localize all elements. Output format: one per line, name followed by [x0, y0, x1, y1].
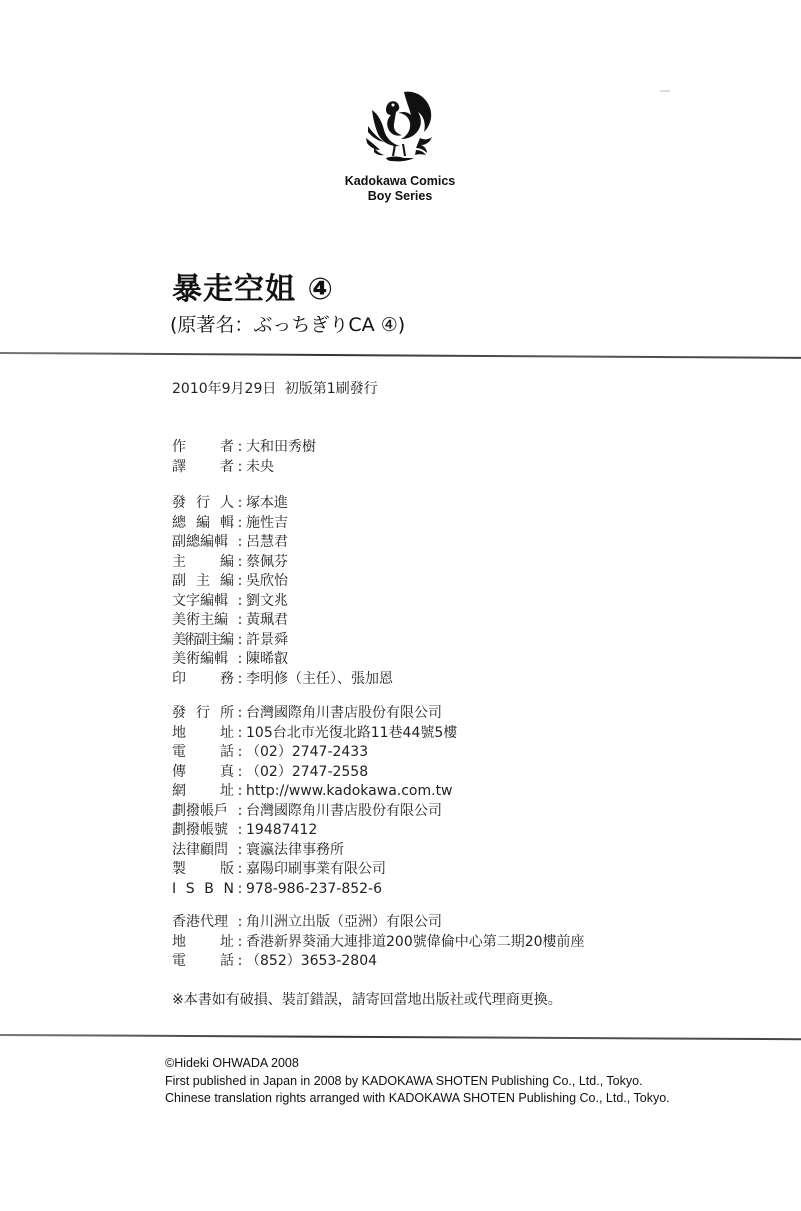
credit-label: 美術編輯	[172, 650, 234, 670]
logo-line2: Boy Series	[330, 189, 470, 204]
copyright-line: ©Hideki OHWADA 2008	[165, 1055, 670, 1073]
credit-value: 寰瀛法律事務所	[246, 841, 344, 861]
credit-label: 作者	[172, 438, 234, 458]
original-title: (原著名：ぶっちぎりCA ④)	[170, 313, 405, 337]
credit-label: 製版	[172, 860, 234, 880]
translation-rights-line: Chinese translation rights arranged with…	[165, 1090, 670, 1108]
credit-row: 劃撥帳號:19487412	[172, 821, 457, 841]
credit-value: 施性吉	[246, 514, 288, 534]
credit-row: 法律顧問:寰瀛法律事務所	[172, 841, 457, 861]
credit-row: 印務:李明修（主任）、張加恩	[172, 670, 393, 690]
credit-row: 劃撥帳戶:台灣國際角川書店股份有限公司	[172, 802, 457, 822]
credits-group-staff: 發行人:塚本進總編輯:施性吉副總編輯:呂慧君主編:蔡佩芬副主編:吳欣怡文字編輯:…	[172, 494, 393, 689]
credit-row: 副總編輯:呂慧君	[172, 533, 393, 553]
credit-colon: :	[234, 743, 246, 763]
credit-value: 陳晞叡	[246, 650, 288, 670]
credit-value: 李明修（主任）、張加恩	[246, 670, 393, 690]
credit-label: 地址	[172, 933, 234, 953]
credits-group-hongkong: 香港代理:角川洲立出版（亞洲）有限公司地址:香港新界葵涌大連排道200號偉倫中心…	[172, 913, 585, 972]
publisher-logo: Kadokawa Comics Boy Series	[330, 88, 470, 204]
credit-row: 作者:大和田秀樹	[172, 438, 316, 458]
credit-colon: :	[234, 514, 246, 534]
credit-colon: :	[234, 533, 246, 553]
credit-colon: :	[234, 802, 246, 822]
credit-label: 發行人	[172, 494, 234, 514]
credit-label: 地址	[172, 724, 234, 744]
credit-label: 文字編輯	[172, 592, 234, 612]
credit-colon: :	[234, 913, 246, 933]
credit-label: 劃撥帳號	[172, 821, 234, 841]
credit-value: 105台北市光復北路11巷44號5樓	[246, 724, 457, 744]
credit-value: （852）3653-2804	[246, 952, 377, 972]
credit-label: 主編	[172, 553, 234, 573]
credit-row: 美術副主編:許景舜	[172, 631, 393, 651]
replacement-notice: ※本書如有破損、裝訂錯誤，請寄回當地出版社或代理商更換。	[172, 989, 562, 1009]
credit-value: 香港新界葵涌大連排道200號偉倫中心第二期20樓前座	[246, 933, 585, 953]
credit-label: 香港代理	[172, 913, 234, 933]
credit-row: 製版:嘉陽印刷事業有限公司	[172, 860, 457, 880]
credit-value: 嘉陽印刷事業有限公司	[246, 860, 386, 880]
credit-value: 黃珮君	[246, 611, 288, 631]
credit-colon: :	[234, 933, 246, 953]
credit-colon: :	[234, 724, 246, 744]
credit-row: 主編:蔡佩芬	[172, 553, 393, 573]
credit-row: 地址:香港新界葵涌大連排道200號偉倫中心第二期20樓前座	[172, 933, 585, 953]
bottom-divider	[0, 1034, 801, 1040]
credit-label: 副總編輯	[172, 533, 234, 553]
credit-colon: :	[234, 860, 246, 880]
book-title: 暴走空姐 ④	[172, 272, 334, 308]
credit-value: 許景舜	[246, 631, 288, 651]
credit-value: （02）2747-2558	[246, 763, 368, 783]
scan-mark	[660, 90, 670, 92]
credit-value: 塚本進	[246, 494, 288, 514]
credit-label: 發行所	[172, 704, 234, 724]
credit-row: 文字編輯:劉文兆	[172, 592, 393, 612]
credit-value: http://www.kadokawa.com.tw	[246, 782, 453, 802]
credit-value: （02）2747-2433	[246, 743, 368, 763]
credit-label: ISBN	[172, 880, 234, 900]
credit-colon: :	[234, 458, 246, 478]
credit-colon: :	[234, 704, 246, 724]
credit-label: 劃撥帳戶	[172, 802, 234, 822]
credit-colon: :	[234, 763, 246, 783]
credit-colon: :	[234, 670, 246, 690]
credit-row: 副主編:吳欣怡	[172, 572, 393, 592]
credit-colon: :	[234, 592, 246, 612]
credit-value: 978-986-237-852-6	[246, 880, 382, 900]
credit-row: 電話:（02）2747-2433	[172, 743, 457, 763]
credit-row: 總編輯:施性吉	[172, 514, 393, 534]
credit-colon: :	[234, 572, 246, 592]
credit-colon: :	[234, 553, 246, 573]
credit-colon: :	[234, 438, 246, 458]
credit-row: 發行人:塚本進	[172, 494, 393, 514]
credit-value: 台灣國際角川書店股份有限公司	[246, 704, 442, 724]
credit-value: 台灣國際角川書店股份有限公司	[246, 802, 442, 822]
credit-colon: :	[234, 821, 246, 841]
credit-value: 19487412	[246, 821, 317, 841]
phoenix-icon	[360, 88, 440, 166]
credit-value: 蔡佩芬	[246, 553, 288, 573]
credit-value: 角川洲立出版（亞洲）有限公司	[246, 913, 442, 933]
credit-label: 法律顧問	[172, 841, 234, 861]
credit-value: 劉文兆	[246, 592, 288, 612]
credit-colon: :	[234, 631, 246, 651]
credit-label: 美術副主編	[172, 631, 234, 651]
credit-row: 香港代理:角川洲立出版（亞洲）有限公司	[172, 913, 585, 933]
credit-label: 美術主編	[172, 611, 234, 631]
credit-colon: :	[234, 880, 246, 900]
english-copyright-block: ©Hideki OHWADA 2008 First published in J…	[165, 1055, 670, 1108]
credit-label: 傳真	[172, 763, 234, 783]
credit-value: 大和田秀樹	[246, 438, 316, 458]
credit-row: 美術編輯:陳晞叡	[172, 650, 393, 670]
credit-label: 電話	[172, 743, 234, 763]
first-published-line: First published in Japan in 2008 by KADO…	[165, 1073, 670, 1091]
credit-row: 傳真:（02）2747-2558	[172, 763, 457, 783]
credit-colon: :	[234, 650, 246, 670]
credit-label: 印務	[172, 670, 234, 690]
credit-label: 譯者	[172, 458, 234, 478]
credit-colon: :	[234, 952, 246, 972]
credit-value: 吳欣怡	[246, 572, 288, 592]
credit-row: 發行所:台灣國際角川書店股份有限公司	[172, 704, 457, 724]
credit-row: ISBN:978-986-237-852-6	[172, 880, 457, 900]
credits-group-author: 作者:大和田秀樹譯者:未央	[172, 438, 316, 477]
credit-colon: :	[234, 494, 246, 514]
credit-label: 總編輯	[172, 514, 234, 534]
logo-line1: Kadokawa Comics	[330, 174, 470, 189]
credit-row: 網址:http://www.kadokawa.com.tw	[172, 782, 457, 802]
credit-colon: :	[234, 841, 246, 861]
publish-date: 2010年9月29日 初版第1刷發行	[172, 378, 378, 398]
credit-colon: :	[234, 782, 246, 802]
credit-label: 網址	[172, 782, 234, 802]
credit-value: 未央	[246, 458, 274, 478]
credit-row: 電話:（852）3653-2804	[172, 952, 585, 972]
credit-colon: :	[234, 611, 246, 631]
credits-group-publisher: 發行所:台灣國際角川書店股份有限公司地址:105台北市光復北路11巷44號5樓電…	[172, 704, 457, 899]
credit-row: 地址:105台北市光復北路11巷44號5樓	[172, 724, 457, 744]
credit-label: 副主編	[172, 572, 234, 592]
credit-value: 呂慧君	[246, 533, 288, 553]
credit-label: 電話	[172, 952, 234, 972]
credit-row: 美術主編:黃珮君	[172, 611, 393, 631]
top-divider	[0, 352, 801, 359]
credit-row: 譯者:未央	[172, 458, 316, 478]
